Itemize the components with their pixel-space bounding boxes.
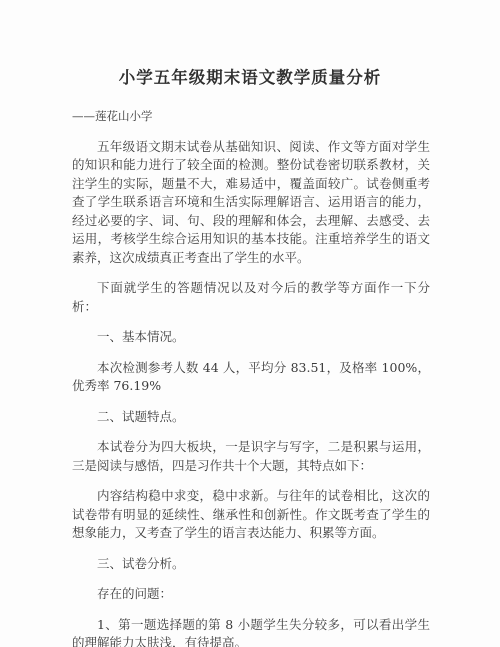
problems-heading: 存在的问题： xyxy=(72,585,430,604)
test-structure-paragraph: 本试卷分为四大板块，一是识字与写字，二是积累与运用，三是阅读与感悟，四是习作共十… xyxy=(72,438,430,475)
analysis-lead-paragraph: 下面就学生的答题情况以及对今后的教学等方面作一下分析： xyxy=(72,279,430,316)
section-3-heading: 三、试卷分析。 xyxy=(72,555,430,574)
intro-paragraph: 五年级语文期末试卷从基础知识、阅读、作文等方面对学生的知识和能力进行了较全面的检… xyxy=(72,138,430,268)
problem-item-1: 1、第一题选择题的第 8 小题学生失分较多，可以看出学生的理解能力太肤浅，有待提… xyxy=(72,616,430,647)
document-page: 小学五年级期末语文教学质量分析 ——莲花山小学 五年级语文期末试卷从基础知识、阅… xyxy=(0,0,500,647)
basic-stats-paragraph: 本次检测参考人数 44 人，平均分 83.51，及格率 100%，优秀率 76.… xyxy=(72,359,430,396)
document-subtitle: ——莲花山小学 xyxy=(72,107,430,126)
page-title: 小学五年级期末语文教学质量分析 xyxy=(70,65,430,91)
section-2-heading: 二、试题特点。 xyxy=(72,408,430,427)
section-1-heading: 一、基本情况。 xyxy=(72,328,430,347)
content-structure-paragraph: 内容结构稳中求变，稳中求新。与往年的试卷相比，这次的试卷带有明显的延续性、继承性… xyxy=(72,487,430,543)
